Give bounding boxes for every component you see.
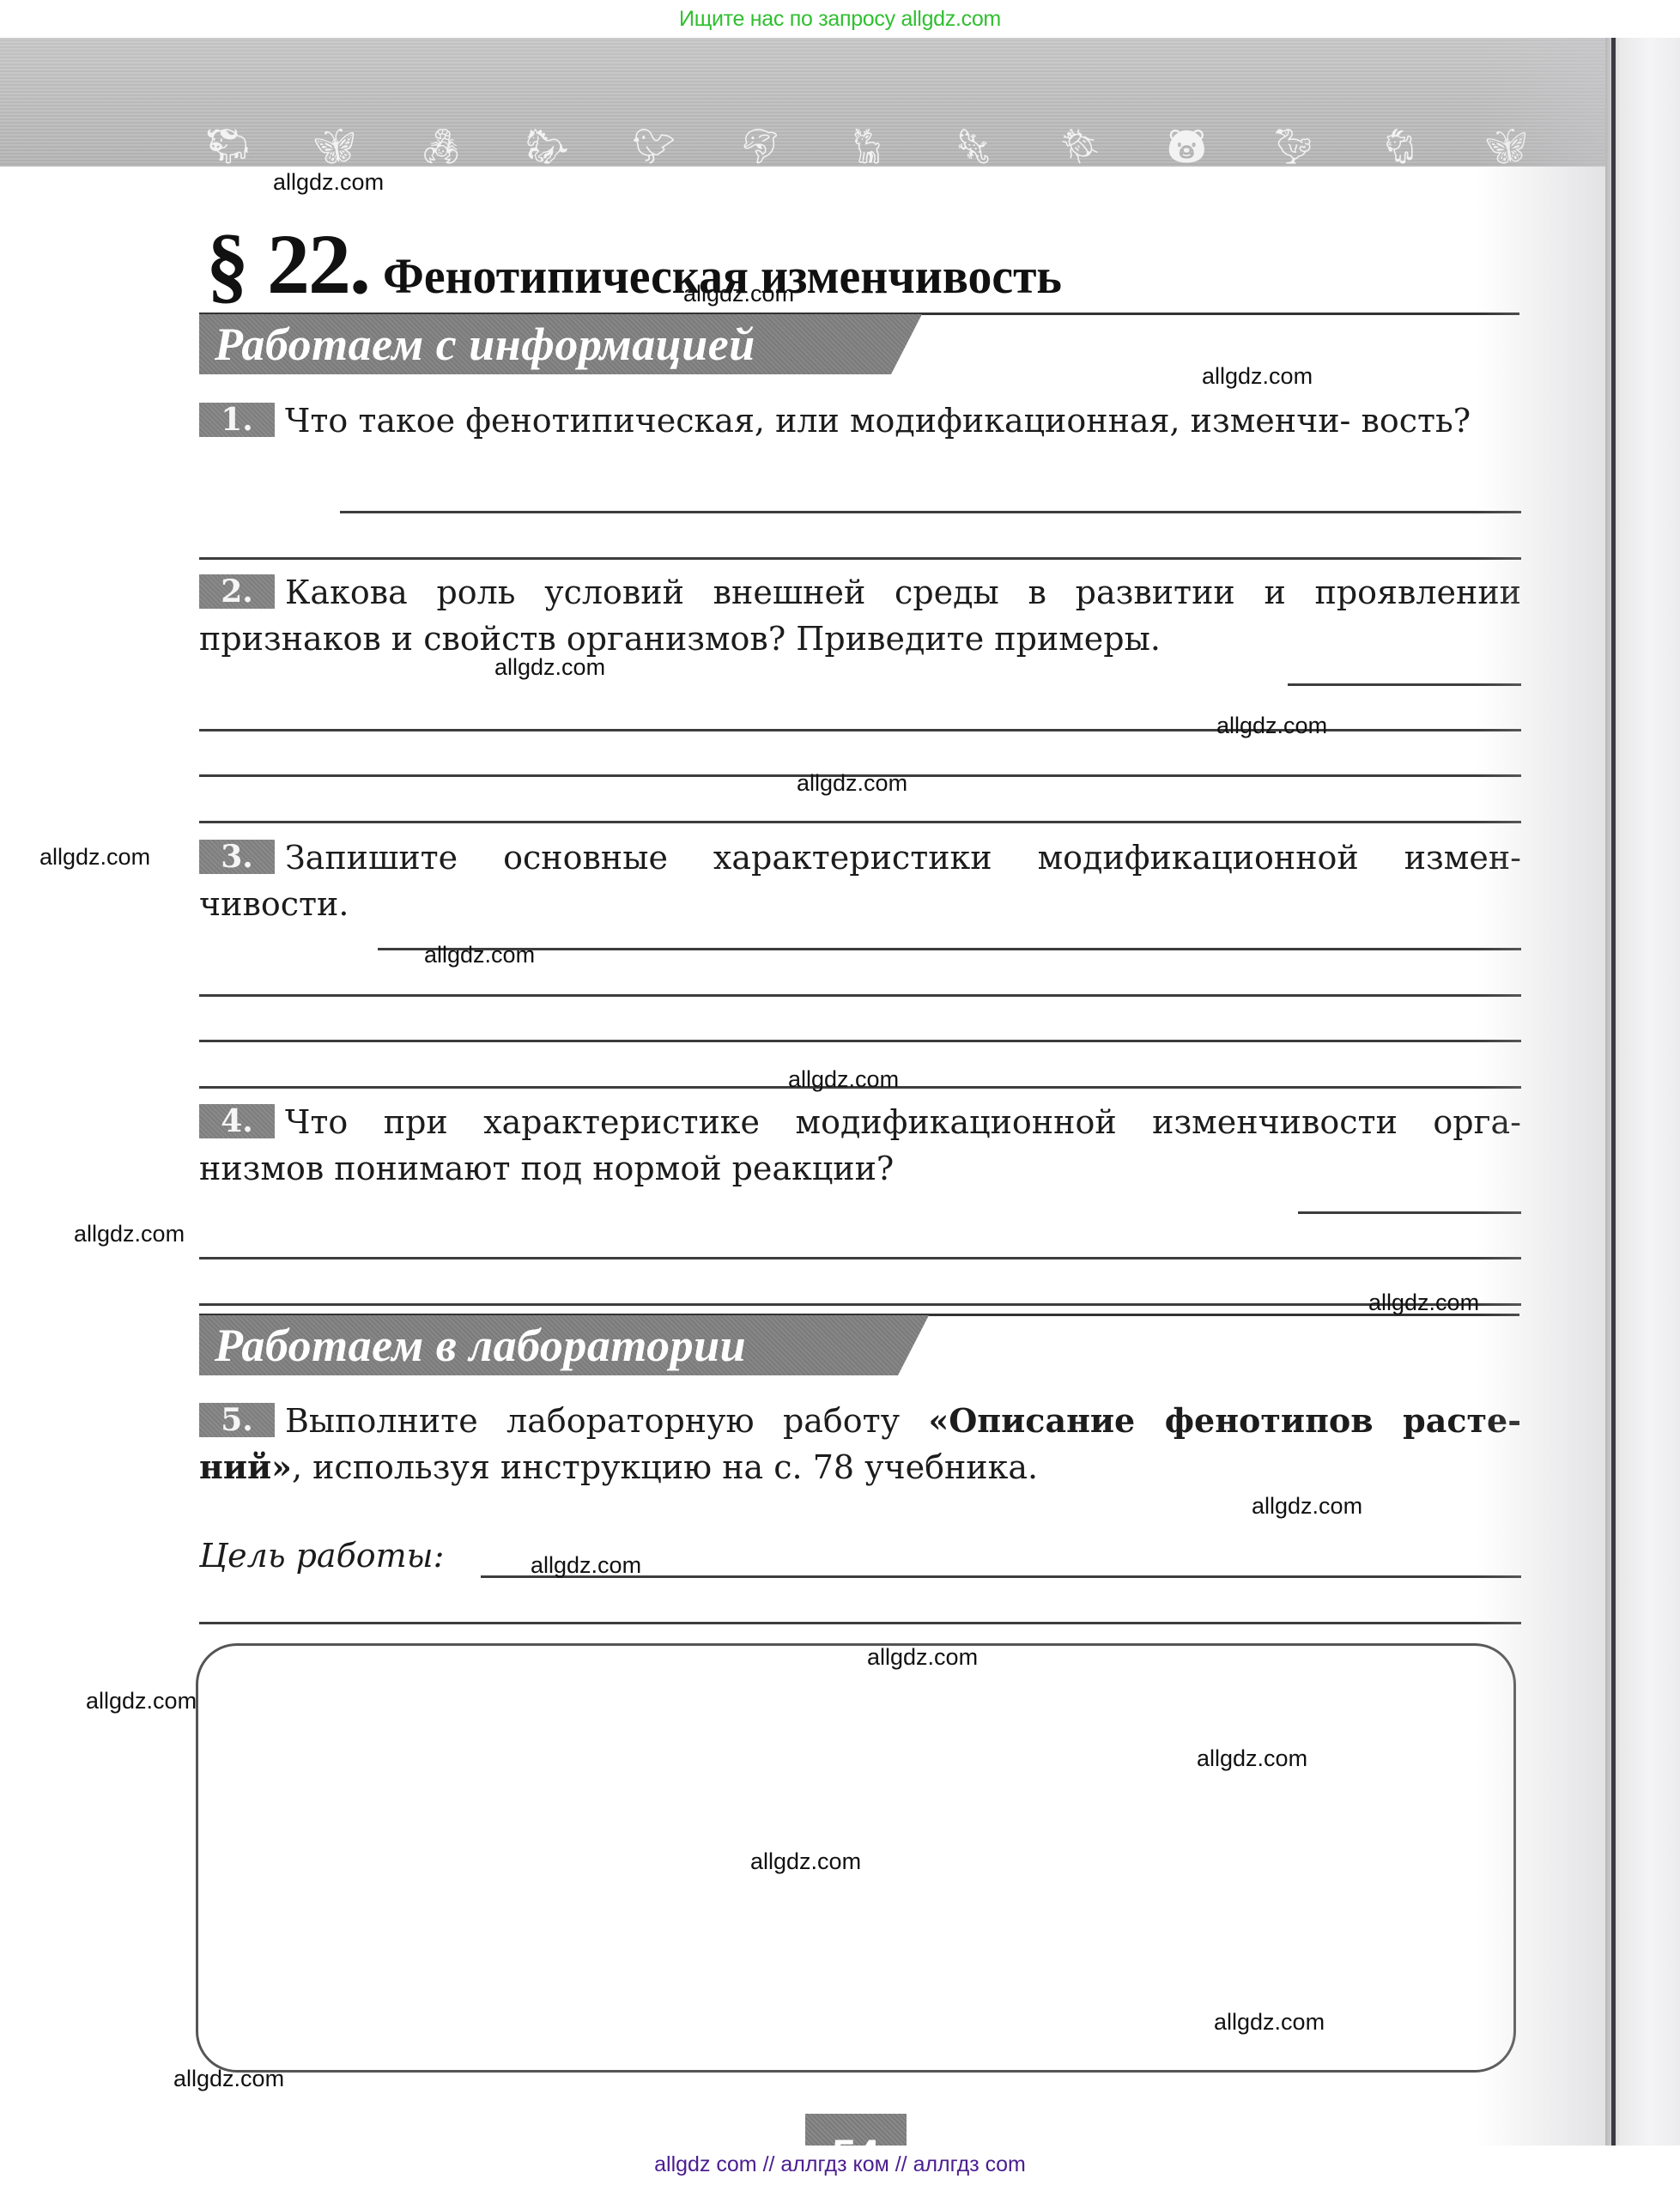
header-decor-strip: 🐃︎ 🦋︎ 🦂︎ 🐎︎ 🐦︎ 🐬︎ 🦌︎ 🦎︎ 🪲︎ 🐻︎ 🦤︎ 🐐︎ 🦋︎ <box>0 38 1614 167</box>
watermark: allgdz.com <box>797 770 907 796</box>
watermark: allgdz.com <box>531 1552 641 1578</box>
bison-icon: 🐃︎ <box>206 127 250 167</box>
task-4-text: Что при характеристике модификационной и… <box>199 1103 1521 1187</box>
task-1-text: Что такое фенотипическая, или модификаци… <box>285 402 1471 440</box>
task-1: 1.Что такое фенотипическая, или модифика… <box>199 398 1521 444</box>
task-5-text: Выполните лабораторную работу <box>285 1402 928 1440</box>
section-number: § 22. <box>206 215 369 313</box>
answer-line[interactable] <box>199 1622 1521 1624</box>
page-number: 54 <box>805 2114 907 2146</box>
answer-line[interactable] <box>199 1040 1521 1042</box>
watermark: allgdz.com <box>1214 2009 1325 2035</box>
task-5-text-end: , используя инструкцию на с. 78 учебника… <box>292 1448 1038 1486</box>
task-2-text: Какова роль условий внешней среды в разв… <box>199 574 1521 658</box>
rubric-lab: Работаем в лаборатории <box>199 1315 746 1375</box>
answer-line[interactable] <box>340 511 1521 513</box>
watermark: allgdz.com <box>273 169 384 195</box>
section-heading: § 22. Фенотипическая изменчивость <box>206 215 1090 313</box>
watermark: allgdz.com <box>424 942 535 968</box>
task-number-badge: 2. <box>199 574 275 609</box>
watermark: allgdz.com <box>788 1066 899 1092</box>
watermark: allgdz.com <box>86 1688 197 1714</box>
watermark: allgdz.com <box>1252 1493 1362 1519</box>
watermark: allgdz.com <box>39 844 150 870</box>
answer-line[interactable] <box>199 1303 1521 1306</box>
rubric-lab-label: Работаем в лаборатории <box>199 1319 746 1372</box>
task-number-badge: 3. <box>199 840 275 874</box>
rubric-info-label: Работаем с информацией <box>199 318 755 371</box>
bear-icon: 🐻︎ <box>1165 127 1209 167</box>
page-curve-shade <box>1477 38 1614 2146</box>
watermark: allgdz.com <box>1202 363 1313 389</box>
beetle-icon: 🪲︎ <box>1058 127 1102 167</box>
watermark: allgdz.com <box>1216 713 1327 738</box>
watermark: allgdz.com <box>867 1644 978 1670</box>
dolphin-icon: 🐬︎ <box>738 127 782 167</box>
antelope-icon: 🐐︎ <box>1378 127 1422 167</box>
watermark: allgdz.com <box>1368 1290 1479 1315</box>
swallow-icon: 🐦︎ <box>632 127 676 167</box>
butterfly-icon: 🦋︎ <box>312 127 356 167</box>
watermark: allgdz.com <box>494 654 605 680</box>
answer-line[interactable] <box>199 557 1521 560</box>
task-5: 5.Выполните лабораторную работу «Описани… <box>199 1398 1521 1490</box>
rubric-info: Работаем с информацией <box>199 314 755 374</box>
watermark: allgdz.com <box>1197 1745 1307 1771</box>
task-3: 3.Запишите основные характеристики модиф… <box>199 835 1521 927</box>
next-page-edge <box>1605 38 1680 2146</box>
goal-label: Цель работы: <box>199 1537 444 1575</box>
book-spine <box>1611 38 1616 2146</box>
ostrich-icon: 🦤︎ <box>1271 127 1315 167</box>
bottom-site-banner[interactable]: allgdz com // аллгдз ком // аллгдз com <box>0 2145 1680 2185</box>
watermark: allgdz.com <box>750 1848 861 1874</box>
watermark: allgdz.com <box>173 2066 284 2091</box>
deer-icon: 🦌︎ <box>846 127 889 167</box>
task-number-badge: 1. <box>199 403 275 437</box>
watermark: allgdz.com <box>74 1221 185 1247</box>
animal-silhouettes: 🐃︎ 🦋︎ 🦂︎ 🐎︎ 🐦︎ 🐬︎ 🦌︎ 🦎︎ 🪲︎ 🐻︎ 🦤︎ 🐐︎ 🦋︎ <box>206 124 1528 167</box>
answer-line[interactable] <box>199 994 1521 997</box>
answer-line[interactable] <box>378 948 1521 950</box>
task-number-badge: 4. <box>199 1104 275 1138</box>
scorpion-icon: 🦂︎ <box>419 127 463 167</box>
task-3-text: Запишите основные характеристики модифик… <box>199 839 1521 923</box>
task-2: 2.Какова роль условий внешней среды в ра… <box>199 569 1521 662</box>
watermark: allgdz.com <box>683 281 794 307</box>
answer-line[interactable] <box>199 821 1521 823</box>
task-4: 4.Что при характеристике модификационной… <box>199 1099 1521 1192</box>
task-number-badge: 5. <box>199 1403 275 1437</box>
horse-icon: 🐎︎ <box>525 127 569 167</box>
answer-line[interactable] <box>199 1257 1521 1259</box>
top-search-banner[interactable]: Ищите нас по запросу allgdz.com <box>0 0 1680 38</box>
lizard-icon: 🦎︎ <box>952 127 996 167</box>
